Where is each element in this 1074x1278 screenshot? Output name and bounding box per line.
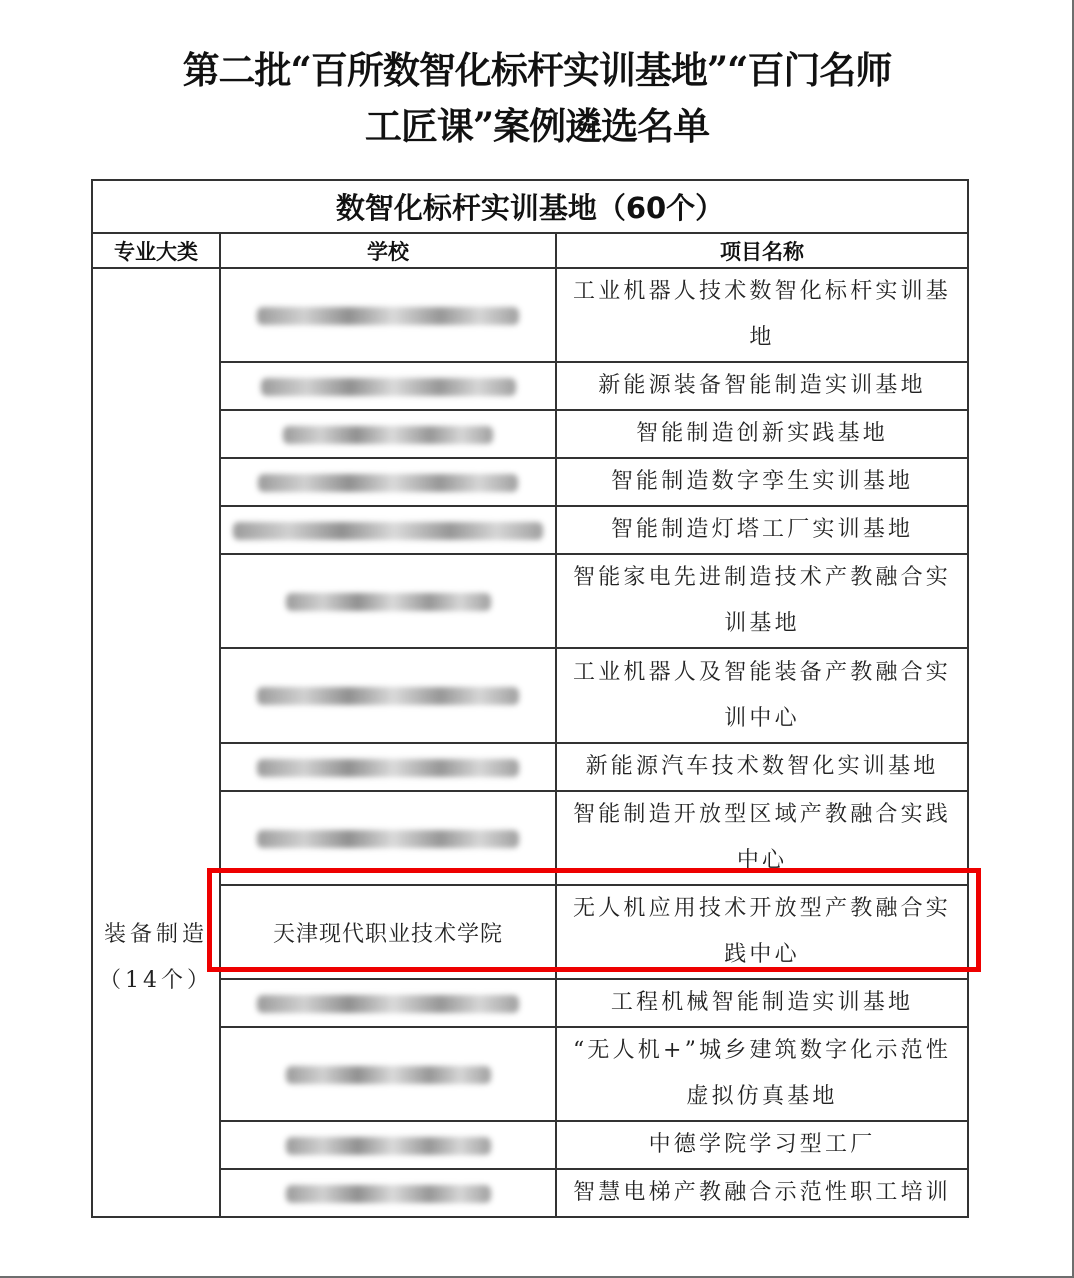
project-name: 智能制造灯塔工厂实训基地 xyxy=(556,506,968,554)
table-row: 智能家电先进制造技术产教融合实训基地 xyxy=(92,554,968,648)
table-row: 中德学院学习型工厂 xyxy=(92,1121,968,1169)
school-cell xyxy=(220,1027,556,1121)
school-cell xyxy=(220,791,556,885)
redacted-school-name xyxy=(261,378,516,396)
project-name: “无人机+”城乡建筑数字化示范性虚拟仿真基地 xyxy=(556,1027,968,1121)
redacted-school-name xyxy=(258,474,518,492)
table-header-row: 专业大类 学校 项目名称 xyxy=(92,233,968,268)
category-name: 装备制造 xyxy=(93,912,219,958)
redacted-school-name xyxy=(286,1185,491,1203)
redacted-school-name xyxy=(233,522,543,540)
school-cell xyxy=(220,506,556,554)
project-name: 中德学院学习型工厂 xyxy=(556,1121,968,1169)
table-row: 智能制造开放型区域产教融合实践中心 xyxy=(92,791,968,885)
school-cell xyxy=(220,410,556,458)
project-name: 智能制造创新实践基地 xyxy=(556,410,968,458)
redacted-school-name xyxy=(286,1137,491,1155)
project-name: 新能源汽车技术数智化实训基地 xyxy=(556,743,968,791)
table-row: 新能源装备智能制造实训基地 xyxy=(92,362,968,410)
redacted-school-name xyxy=(257,687,519,705)
header-school: 学校 xyxy=(220,233,556,268)
table-row: 智慧电梯产教融合示范性职工培训 xyxy=(92,1169,968,1217)
header-project: 项目名称 xyxy=(556,233,968,268)
document-title-line-2: 工匠课”案例遴选名单 xyxy=(60,108,1014,145)
selection-list-table: 数智化标杆实训基地（60个） 专业大类 学校 项目名称 装备制造（14个）工业机… xyxy=(91,179,969,1218)
redacted-school-name xyxy=(283,426,493,444)
header-category: 专业大类 xyxy=(92,233,220,268)
school-cell xyxy=(220,1121,556,1169)
school-cell xyxy=(220,554,556,648)
table-row: 智能制造数字孪生实训基地 xyxy=(92,458,968,506)
table-row: 工程机械智能制造实训基地 xyxy=(92,979,968,1027)
school-name: 天津现代职业技术学院 xyxy=(273,922,503,947)
table-row: 智能制造创新实践基地 xyxy=(92,410,968,458)
project-name: 工业机器人及智能装备产教融合实训中心 xyxy=(556,648,968,743)
redacted-school-name xyxy=(286,593,491,611)
school-cell: 天津现代职业技术学院 xyxy=(220,885,556,979)
table-row: 智能制造灯塔工厂实训基地 xyxy=(92,506,968,554)
table-row-highlighted: 天津现代职业技术学院无人机应用技术开放型产教融合实践中心 xyxy=(92,885,968,979)
table-row: 装备制造（14个）工业机器人技术数智化标杆实训基地 xyxy=(92,268,968,362)
redacted-school-name xyxy=(286,1066,491,1084)
table-row: “无人机+”城乡建筑数字化示范性虚拟仿真基地 xyxy=(92,1027,968,1121)
project-name: 新能源装备智能制造实训基地 xyxy=(556,362,968,410)
project-name: 智能制造数字孪生实训基地 xyxy=(556,458,968,506)
project-name: 智能制造开放型区域产教融合实践中心 xyxy=(556,791,968,885)
table-caption-row: 数智化标杆实训基地（60个） xyxy=(92,180,968,233)
category-cell: 装备制造（14个） xyxy=(92,268,220,1217)
school-cell xyxy=(220,458,556,506)
redacted-school-name xyxy=(257,307,519,325)
project-name: 无人机应用技术开放型产教融合实践中心 xyxy=(556,885,968,979)
school-cell xyxy=(220,648,556,743)
table-caption: 数智化标杆实训基地（60个） xyxy=(92,180,968,233)
table-row: 新能源汽车技术数智化实训基地 xyxy=(92,743,968,791)
redacted-school-name xyxy=(257,759,519,777)
project-name: 工业机器人技术数智化标杆实训基地 xyxy=(556,268,968,362)
table-row: 工业机器人及智能装备产教融合实训中心 xyxy=(92,648,968,743)
school-cell xyxy=(220,1169,556,1217)
project-name: 工程机械智能制造实训基地 xyxy=(556,979,968,1027)
redacted-school-name xyxy=(257,995,519,1013)
school-cell xyxy=(220,979,556,1027)
school-cell xyxy=(220,362,556,410)
document-title-line-1: 第二批“百所数智化标杆实训基地”“百门名师 xyxy=(60,52,1014,89)
school-cell xyxy=(220,268,556,362)
redacted-school-name xyxy=(257,830,519,848)
school-cell xyxy=(220,743,556,791)
project-name: 智能家电先进制造技术产教融合实训基地 xyxy=(556,554,968,648)
category-count: （14个） xyxy=(93,958,219,1004)
project-name: 智慧电梯产教融合示范性职工培训 xyxy=(556,1169,968,1217)
